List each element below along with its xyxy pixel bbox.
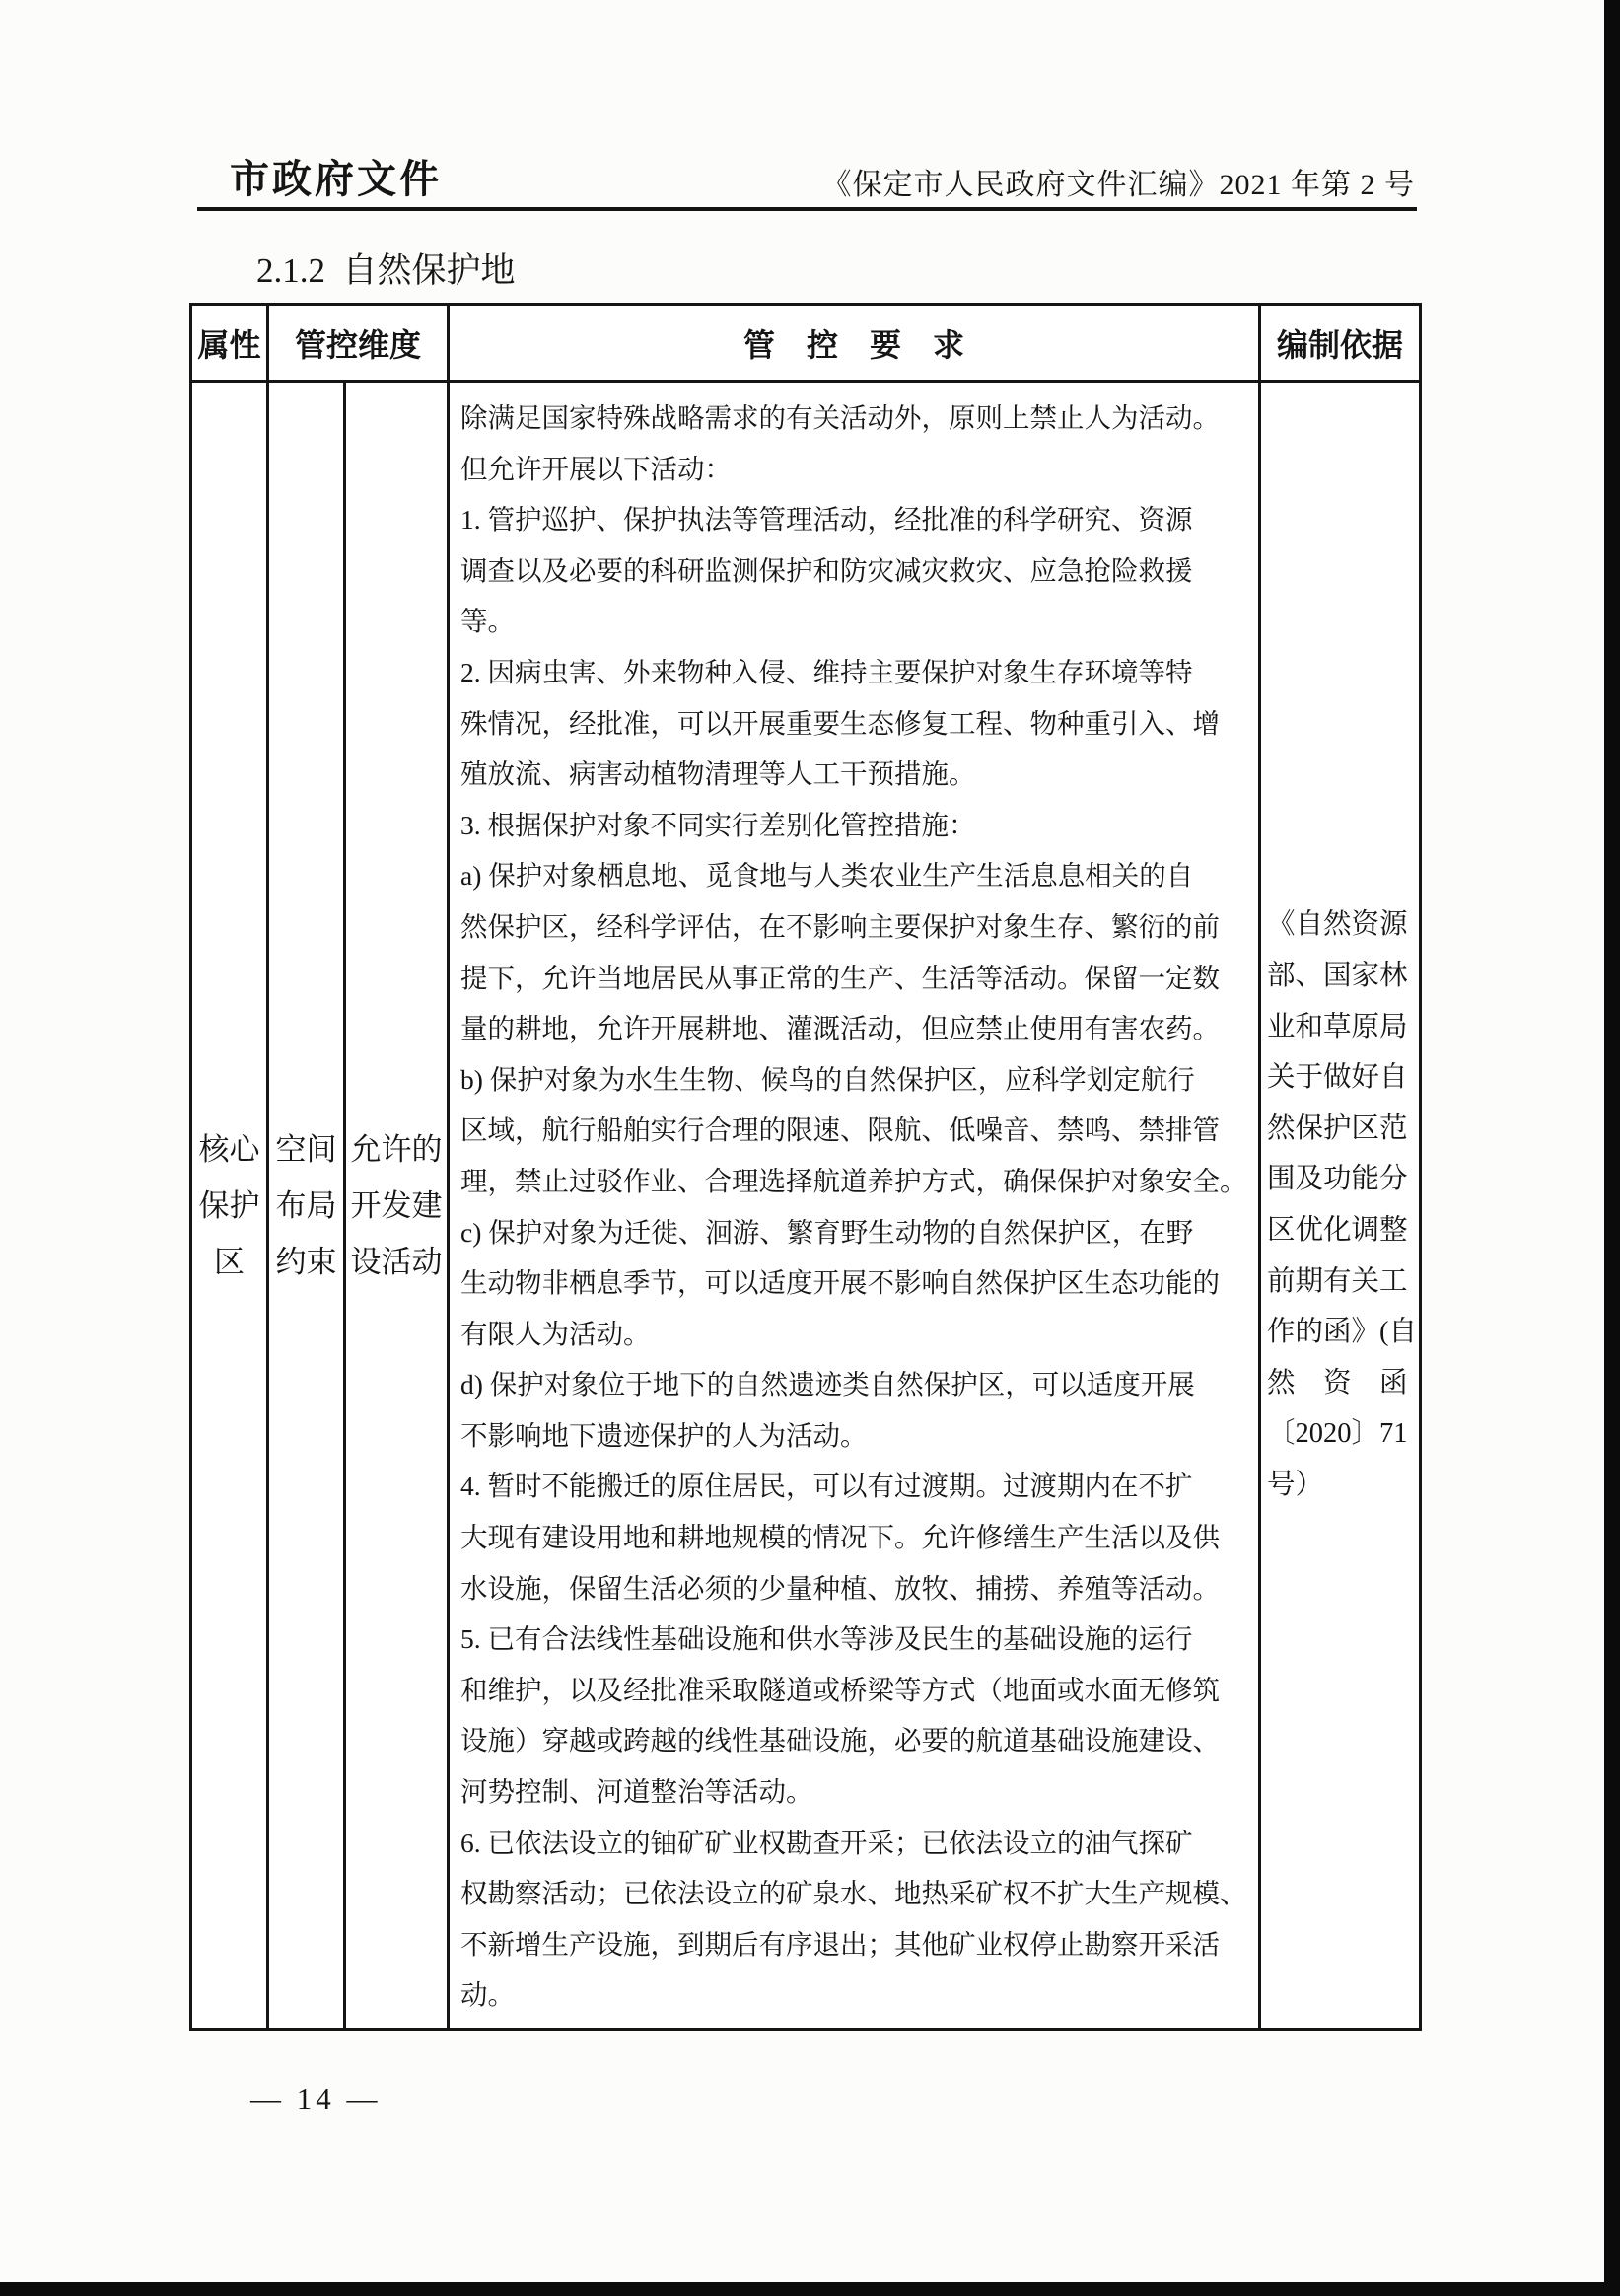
regulation-table: 属性 管控维度 管 控 要 求 编制依据 核心保护区 空间布局约束 允许的开发建… (189, 303, 1422, 2031)
scan-edge-bottom (0, 2282, 1620, 2296)
column-header-attribute: 属性 (192, 306, 269, 383)
header-left-title: 市政府文件 (230, 148, 442, 204)
cell-dimension-space-layout-constraint: 空间布局约束 (269, 383, 346, 2028)
section-title: 2.1.2 自然保护地 (256, 244, 516, 293)
cell-control-requirements: 除满足国家特殊战略需求的有关活动外，原则上禁止人为活动。但允许开展以下活动：1.… (450, 383, 1261, 2028)
scan-edge-right (1604, 0, 1620, 2296)
cell-compilation-basis: 《自然资源部、国家林业和草原局关于做好自然保护区范围及功能分区优化调整前期有关工… (1261, 383, 1419, 2028)
header-rule (197, 207, 1417, 211)
column-header-requirements: 管 控 要 求 (450, 306, 1261, 383)
column-header-dimension: 管控维度 (269, 306, 450, 383)
header-right-title: 《保定市人民政府文件汇编》2021 年第 2 号 (822, 160, 1416, 203)
column-header-basis: 编制依据 (1261, 306, 1419, 383)
cell-dimension-allowed-development-activities: 允许的开发建设活动 (346, 383, 450, 2028)
cell-attribute-core-protection-zone: 核心保护区 (192, 383, 269, 2028)
page-number: — 14 — (250, 2081, 382, 2117)
document-page: 市政府文件 《保定市人民政府文件汇编》2021 年第 2 号 2.1.2 自然保… (0, 0, 1620, 2296)
